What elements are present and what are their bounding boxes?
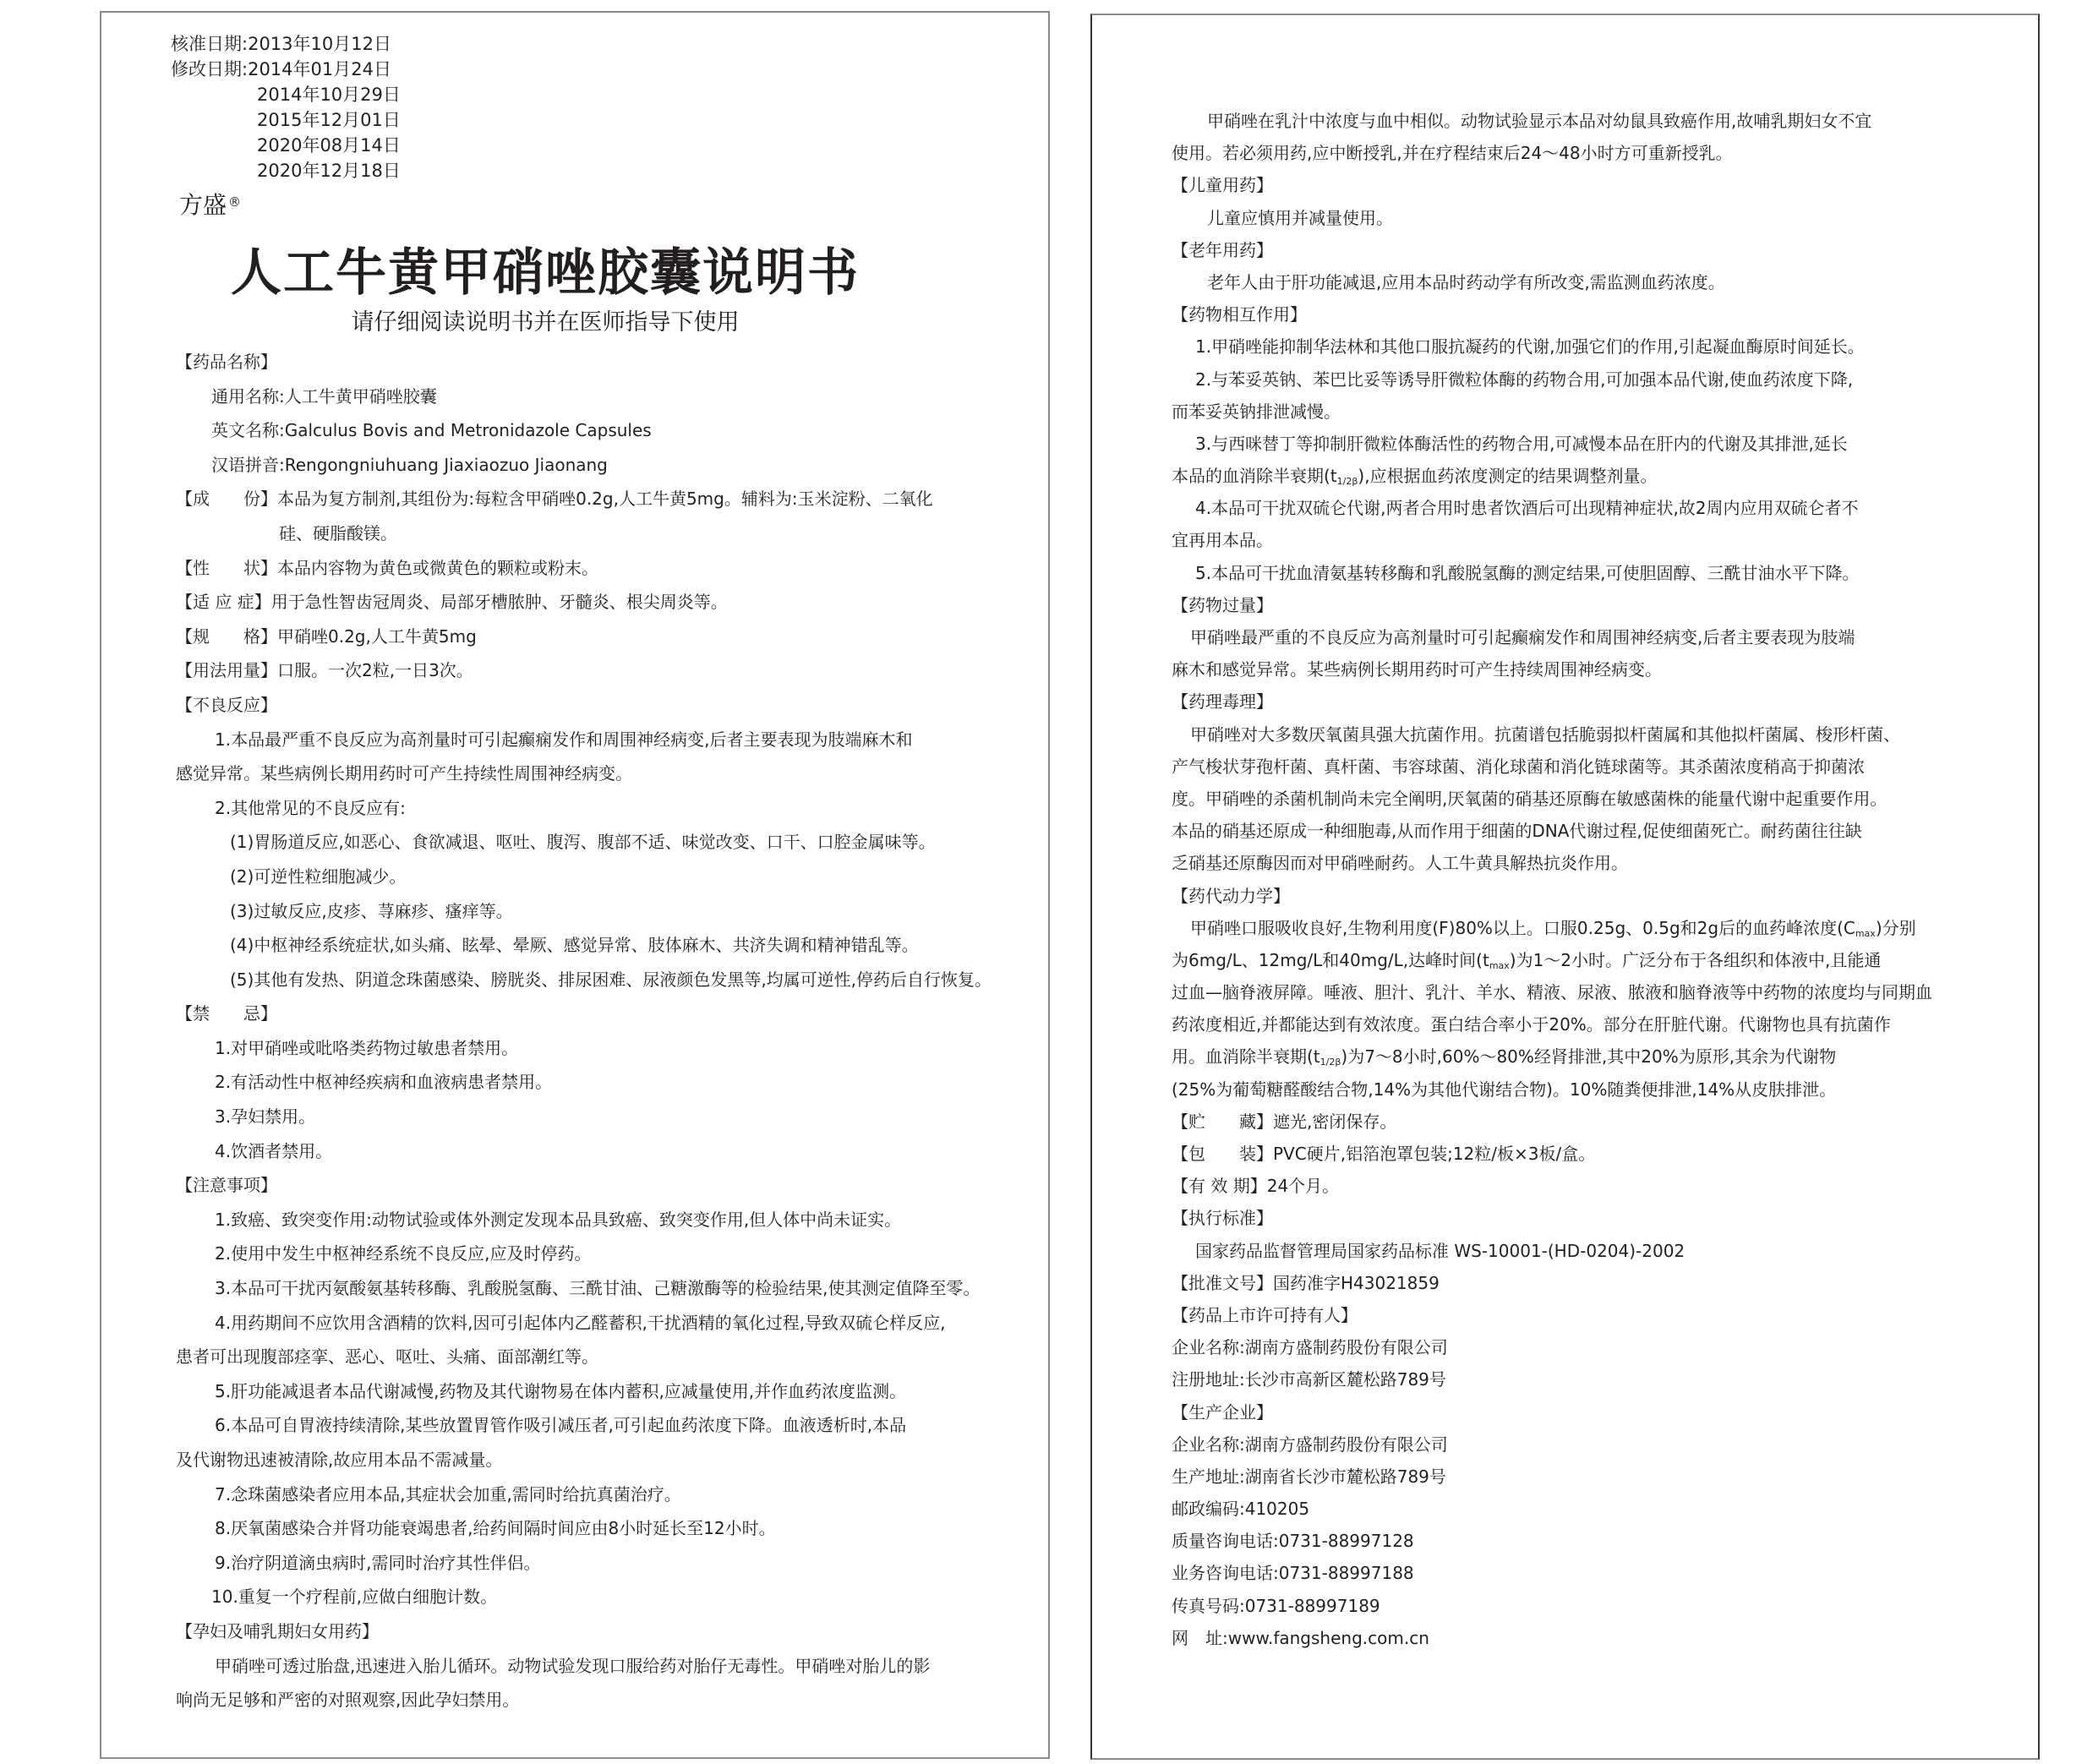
line-text: 过血—脑脊液屏障。唾液、胆汁、乳汁、羊水、精液、尿液、脓液和脑脊液等中药物的浓度… (1172, 982, 1932, 1002)
line-text: 4.用药期间不应饮用含酒精的饮料,因可引起体内乙醛蓄积,干扰酒精的氧化过程,导致… (215, 1313, 946, 1333)
line-text: 宜再用本品。 (1172, 530, 1273, 550)
section-heading: 【禁 忌】 (176, 997, 1030, 1031)
line-text: 【生产企业】 (1172, 1402, 1273, 1423)
line-text: 【批准文号】国药准字H43021859 (1172, 1273, 1440, 1293)
line-text: 汉语拼音:Rengongniuhuang Jiaxiaozuo Jiaonang (211, 455, 608, 475)
text-line: 使用。若必须用药,应中断授乳,并在疗程结束后24～48小时方可重新授乳。 (1172, 137, 2021, 169)
text-line: 英文名称:Galculus Bovis and Metronidazole Ca… (176, 413, 1030, 448)
line-text: 感觉异常。某些病例长期用药时可产生持续性周围神经病变。 (176, 763, 632, 784)
text-line: 2.其他常见的不良反应有: (176, 791, 1030, 826)
text-line: 5.本品可干扰血清氨基转移酶和乳酸脱氢酶的测定结果,可使胆固醇、三酰甘油水平下降… (1172, 557, 2021, 589)
section-heading: 【老年用药】 (1172, 234, 2021, 266)
revision-date-row: 2020年08月14日 (171, 133, 401, 158)
section-heading: 【成 份】本品为复方制剂,其组份为:每粒含甲硝唑0.2g,人工牛黄5mg。辅料为… (176, 482, 1030, 516)
line-text: 本品的硝基还原成一种细胞毒,从而作用于细菌的DNA代谢过程,促使细菌死亡。耐药菌… (1172, 821, 1862, 841)
line-text: 8.厌氧菌感染合并肾功能衰竭患者,给药间隔时间应由8小时延长至12小时。 (215, 1518, 776, 1538)
text-line: 5.肝功能减退者本品代谢减慢,药物及其代谢物易在体内蓄积,应减量使用,并作血药浓… (176, 1374, 1030, 1409)
text-line: 业务咨询电话:0731-88997188 (1172, 1557, 2021, 1589)
section-heading: 【批准文号】国药准字H43021859 (1172, 1267, 2021, 1299)
text-line: 本品的血消除半衰期(t1/2β),应根据血药浓度测定的结果调整剂量。 (1172, 460, 2021, 492)
line-text: 麻木和感觉异常。某些病例长期用药时可产生持续周围神经病变。 (1172, 659, 1662, 680)
text-line: (2)可逆性粒细胞减少。 (176, 860, 1030, 894)
revision-date: 2014年01月24日 (248, 59, 391, 79)
text-line: 甲硝唑最严重的不良反应为高剂量时可引起癫痫发作和周围神经病变,后者主要表现为肢端 (1172, 621, 2021, 653)
line-text: 业务咨询电话:0731-88997188 (1172, 1563, 1414, 1583)
text-line: 感觉异常。某些病例长期用药时可产生持续性周围神经病变。 (176, 756, 1030, 791)
section-heading: 【孕妇及哺乳期妇女用药】 (176, 1614, 1030, 1649)
line-text: 6.本品可自胃液持续清除,某些放置胃管作吸引减压者,可引起血药浓度下降。血液透析… (215, 1415, 906, 1435)
line-text: 国家药品监督管理局国家药品标准 WS-10001-(HD-0204)-2002 (1195, 1241, 1685, 1261)
line-text: 质量咨询电话:0731-88997128 (1172, 1531, 1414, 1551)
section-heading: 【药物相互作用】 (1172, 298, 2021, 330)
revision-date-row: 修改日期:2014年01月24日 (171, 57, 401, 82)
revision-date: 2015年12月01日 (257, 110, 401, 130)
line-text: 【包 装】PVC硬片,铝箔泡罩包装;12粒/板×3板/盒。 (1172, 1144, 1595, 1164)
line-text: 硅、硬脂酸镁。 (279, 523, 397, 543)
section-heading: 【用法用量】口服。一次2粒,一日3次。 (176, 653, 1030, 688)
line-text: 【儿童用药】 (1172, 175, 1273, 195)
text-line: 6.本品可自胃液持续清除,某些放置胃管作吸引减压者,可引起血药浓度下降。血液透析… (176, 1408, 1030, 1443)
line-text: (25%为葡萄糖醛酸结合物,14%为其他代谢结合物)。10%随粪便排泄,14%从… (1172, 1079, 1836, 1100)
line-text: 药浓度相近,并都能达到有效浓度。蛋白结合率小于20%。部分在肝脏代谢。代谢物也具… (1172, 1014, 1891, 1035)
text-line: 传真号码:0731-88997189 (1172, 1590, 2021, 1622)
text-line: 甲硝唑在乳汁中浓度与血中相似。动物试验显示本品对幼鼠具致癌作用,故哺乳期妇女不宜 (1172, 105, 2021, 137)
text-line: 4.饮酒者禁用。 (176, 1134, 1030, 1169)
line-text: 英文名称:Galculus Bovis and Metronidazole Ca… (211, 420, 652, 440)
subscript: max (1855, 928, 1876, 939)
approval-date-row: 核准日期:2013年10月12日 (171, 31, 401, 57)
text-line: (25%为葡萄糖醛酸结合物,14%为其他代谢结合物)。10%随粪便排泄,14%从… (1172, 1073, 2021, 1106)
line-text: 【禁 忌】 (176, 1003, 277, 1024)
text-line: 度。甲硝唑的杀菌机制尚未完全阐明,厌氧菌的硝基还原酶在敏感菌株的能量代谢中起重要… (1172, 783, 2021, 815)
subscript: 1/2β (1337, 476, 1358, 487)
line-text: 2.与苯妥英钠、苯巴比妥等诱导肝微粒体酶的药物合用,可加强本品代谢,使血药浓度下… (1195, 369, 1853, 390)
revision-date: 2014年10月29日 (257, 85, 401, 105)
text-line: 用。血消除半衰期(t1/2β)为7～8小时,60%～80%经肾排泄,其中20%为… (1172, 1040, 2021, 1073)
revision-date: 2020年08月14日 (257, 135, 401, 156)
line-text: 企业名称:湖南方盛制药股份有限公司 (1172, 1337, 1448, 1357)
line-text: 1.致癌、致突变作用:动物试验或体外测定发现本品具致癌、致突变作用,但人体中尚未… (215, 1210, 901, 1230)
section-heading: 【生产企业】 (1172, 1396, 2021, 1428)
line-text: 9.治疗阴道滴虫病时,需同时治疗其性伴侣。 (215, 1553, 540, 1573)
revision-date: 2020年12月18日 (257, 161, 401, 181)
section-heading: 【规 格】甲硝唑0.2g,人工牛黄5mg (176, 620, 1030, 654)
line-text: 【孕妇及哺乳期妇女用药】 (176, 1621, 379, 1641)
line-text: 乏硝基还原酶因而对甲硝唑耐药。人工牛黄具解热抗炎作用。 (1172, 853, 1628, 873)
line-text: 企业名称:湖南方盛制药股份有限公司 (1172, 1434, 1448, 1455)
text-line: 4.用药期间不应饮用含酒精的饮料,因可引起体内乙醛蓄积,干扰酒精的氧化过程,导致… (176, 1306, 1030, 1341)
line-text: 【药代动力学】 (1172, 886, 1290, 906)
text-line: 硅、硬脂酸镁。 (176, 516, 1030, 551)
line-text: )为1～2小时。广泛分布于各组织和体液中,且能通 (1510, 950, 1882, 970)
text-line: 乏硝基还原酶因而对甲硝唑耐药。人工牛黄具解热抗炎作用。 (1172, 847, 2021, 879)
line-text: 1.本品最严重不良反应为高剂量时可引起癫痫发作和周围神经病变,后者主要表现为肢端… (215, 729, 912, 750)
section-heading: 【不良反应】 (176, 688, 1030, 723)
line-text: (3)过敏反应,皮疹、荨麻疹、瘙痒等。 (230, 901, 513, 921)
line-text: 4.饮酒者禁用。 (215, 1141, 332, 1161)
text-line: 儿童应慎用并减量使用。 (1172, 202, 2021, 234)
text-line: (1)胃肠道反应,如恶心、食欲减退、呕吐、腹泻、腹部不适、味觉改变、口干、口腔金… (176, 825, 1030, 860)
text-line: 1.本品最严重不良反应为高剂量时可引起癫痫发作和周围神经病变,后者主要表现为肢端… (176, 723, 1030, 757)
section-heading: 【药代动力学】 (1172, 880, 2021, 912)
line-text: 2.有活动性中枢神经疾病和血液病患者禁用。 (215, 1072, 552, 1092)
line-text: 4.本品可干扰双硫仑代谢,两者合用时患者饮酒后可出现精神症状,故2周内应用双硫仑… (1195, 498, 1859, 518)
line-text: )为7～8小时,60%～80%经肾排泄,其中20%为原形,其余为代谢物 (1341, 1046, 1836, 1067)
line-text: 3.孕妇禁用。 (215, 1106, 315, 1127)
text-line: 宜再用本品。 (1172, 524, 2021, 556)
text-line: 企业名称:湖南方盛制药股份有限公司 (1172, 1428, 2021, 1461)
line-text: 而苯妥英钠排泄减慢。 (1172, 401, 1341, 422)
section-heading: 【药理毒理】 (1172, 685, 2021, 718)
approval-date: 2013年10月12日 (248, 34, 391, 54)
text-line: 2.使用中发生中枢神经系统不良反应,应及时停药。 (176, 1237, 1030, 1271)
section-heading: 【儿童用药】 (1172, 169, 2021, 201)
text-line: 1.甲硝唑能抑制华法林和其他口服抗凝药的代谢,加强它们的作用,引起凝血酶原时间延… (1172, 330, 2021, 363)
revision-date-label: 修改日期: (171, 59, 248, 79)
text-line: 10.重复一个疗程前,应做白细胞计数。 (176, 1580, 1030, 1614)
text-line: (5)其他有发热、阴道念珠菌感染、膀胱炎、排尿困难、尿液颜色发黑等,均属可逆性,… (176, 963, 1030, 997)
line-text: 【注意事项】 (176, 1175, 277, 1195)
text-line: 老年人由于肝功能减退,应用本品时药动学有所改变,需监测血药浓度。 (1172, 266, 2021, 298)
subscript: 1/2β (1320, 1057, 1341, 1068)
line-text: 用。血消除半衰期(t (1172, 1046, 1320, 1067)
line-text: 【规 格】甲硝唑0.2g,人工牛黄5mg (176, 626, 477, 647)
line-text: 【适 应 症】用于急性智齿冠周炎、局部牙槽脓肿、牙髓炎、根尖周炎等。 (176, 592, 728, 612)
line-text: (5)其他有发热、阴道念珠菌感染、膀胱炎、排尿困难、尿液颜色发黑等,均属可逆性,… (230, 969, 992, 990)
line-text: 本品的血消除半衰期(t (1172, 466, 1337, 486)
line-text: 2.使用中发生中枢神经系统不良反应,应及时停药。 (215, 1243, 591, 1264)
revision-date-row: 2020年12月18日 (171, 158, 401, 183)
text-line: 及代谢物迅速被清除,故应用本品不需减量。 (176, 1443, 1030, 1477)
line-text: 儿童应慎用并减量使用。 (1207, 208, 1393, 228)
right-page: 甲硝唑在乳汁中浓度与血中相似。动物试验显示本品对幼鼠具致癌作用,故哺乳期妇女不宜… (1090, 14, 2040, 1760)
line-text: 【不良反应】 (176, 695, 277, 715)
text-line: (3)过敏反应,皮疹、荨麻疹、瘙痒等。 (176, 894, 1030, 929)
text-line: 通用名称:人工牛黄甲硝唑胶囊 (176, 380, 1030, 414)
line-text: 邮政编码:410205 (1172, 1499, 1309, 1519)
text-line: 3.本品可干扰丙氨酸氨基转移酶、乳酸脱氢酶、三酰甘油、己糖激酶等的检验结果,使其… (176, 1271, 1030, 1306)
text-line: 企业名称:湖南方盛制药股份有限公司 (1172, 1331, 2021, 1363)
text-line: 产气梭状芽孢杆菌、真杆菌、韦容球菌、消化球菌和消化链球菌等。其杀菌浓度稍高于抑菌… (1172, 751, 2021, 783)
section-heading: 【贮 藏】遮光,密闭保存。 (1172, 1106, 2021, 1138)
line-text: 为6mg/L、12mg/L和40mg/L,达峰时间(t (1172, 950, 1489, 970)
line-text: 【药物过量】 (1172, 595, 1273, 615)
line-text: 甲硝唑在乳汁中浓度与血中相似。动物试验显示本品对幼鼠具致癌作用,故哺乳期妇女不宜 (1207, 111, 1871, 131)
text-line: 为6mg/L、12mg/L和40mg/L,达峰时间(tmax)为1～2小时。广泛… (1172, 944, 2021, 976)
text-line: 甲硝唑可透过胎盘,迅速进入胎儿循环。动物试验发现口服给药对胎仔无毒性。甲硝唑对胎… (176, 1649, 1030, 1684)
line-text: 【执行标准】 (1172, 1208, 1273, 1228)
subscript: max (1489, 960, 1510, 971)
text-line: 8.厌氧菌感染合并肾功能衰竭患者,给药间隔时间应由8小时延长至12小时。 (176, 1511, 1030, 1546)
text-line: 网 址:www.fangsheng.com.cn (1172, 1622, 2021, 1654)
line-text: ),应根据血药浓度测定的结果调整剂量。 (1358, 466, 1657, 486)
text-line: 注册地址:长沙市高新区麓松路789号 (1172, 1363, 2021, 1395)
section-heading: 【注意事项】 (176, 1168, 1030, 1203)
text-line: 1.对甲硝唑或吡咯类药物过敏患者禁用。 (176, 1031, 1030, 1066)
left-body-text: 【药品名称】通用名称:人工牛黄甲硝唑胶囊英文名称:Galculus Bovis … (176, 345, 1030, 1718)
text-line: 甲硝唑口服吸收良好,生物利用度(F)80%以上。口服0.25g、0.5g和2g后… (1172, 912, 2021, 944)
line-text: 【药品名称】 (176, 352, 277, 372)
line-text: 产气梭状芽孢杆菌、真杆菌、韦容球菌、消化球菌和消化链球菌等。其杀菌浓度稍高于抑菌… (1172, 756, 1865, 777)
line-text: 10.重复一个疗程前,应做白细胞计数。 (211, 1587, 497, 1607)
line-text: 响尚无足够和严密的对照观察,因此孕妇禁用。 (176, 1690, 519, 1710)
line-text: 2.其他常见的不良反应有: (215, 798, 406, 818)
brand-name: 方盛 (179, 191, 227, 219)
text-line: 麻木和感觉异常。某些病例长期用药时可产生持续周围神经病变。 (1172, 653, 2021, 685)
text-line: 汉语拼音:Rengongniuhuang Jiaxiaozuo Jiaonang (176, 448, 1030, 483)
line-text: 患者可出现腹部痉挛、恶心、呕吐、头痛、面部潮红等。 (176, 1346, 598, 1367)
line-text: (1)胃肠道反应,如恶心、食欲减退、呕吐、腹泻、腹部不适、味觉改变、口干、口腔金… (230, 832, 936, 852)
line-text: 甲硝唑最严重的不良反应为高剂量时可引起癫痫发作和周围神经病变,后者主要表现为肢端 (1190, 627, 1855, 647)
text-line: 7.念珠菌感染者应用本品,其症状会加重,需同时给抗真菌治疗。 (176, 1477, 1030, 1512)
line-text: 【性 状】本品内容物为黄色或微黄色的颗粒或粉末。 (176, 558, 598, 578)
line-text: 度。甲硝唑的杀菌机制尚未完全阐明,厌氧菌的硝基还原酶在敏感菌株的能量代谢中起重要… (1172, 789, 1887, 809)
line-text: 网 址:www.fangsheng.com.cn (1172, 1628, 1429, 1648)
section-heading: 【药物过量】 (1172, 589, 2021, 621)
text-line: 2.有活动性中枢神经疾病和血液病患者禁用。 (176, 1065, 1030, 1100)
line-text: 【有 效 期】24个月。 (1172, 1176, 1339, 1196)
section-heading: 【包 装】PVC硬片,铝箔泡罩包装;12粒/板×3板/盒。 (1172, 1138, 2021, 1170)
right-body-text: 甲硝唑在乳汁中浓度与血中相似。动物试验显示本品对幼鼠具致癌作用,故哺乳期妇女不宜… (1172, 105, 2021, 1654)
line-text: 传真号码:0731-88997189 (1172, 1596, 1380, 1616)
line-text: 5.肝功能减退者本品代谢减慢,药物及其代谢物易在体内蓄积,应减量使用,并作血药浓… (215, 1381, 906, 1401)
section-heading: 【药品名称】 (176, 345, 1030, 380)
text-line: 响尚无足够和严密的对照观察,因此孕妇禁用。 (176, 1683, 1030, 1718)
line-text: )分别 (1876, 918, 1916, 938)
text-line: 患者可出现腹部痉挛、恶心、呕吐、头痛、面部潮红等。 (176, 1340, 1030, 1374)
text-line: 2.与苯妥英钠、苯巴比妥等诱导肝微粒体酶的药物合用,可加强本品代谢,使血药浓度下… (1172, 363, 2021, 396)
text-line: 药浓度相近,并都能达到有效浓度。蛋白结合率小于20%。部分在肝脏代谢。代谢物也具… (1172, 1008, 2021, 1040)
left-page: 核准日期:2013年10月12日 修改日期:2014年01月24日 2014年1… (100, 11, 1050, 1759)
section-heading: 【执行标准】 (1172, 1202, 2021, 1234)
line-text: 【贮 藏】遮光,密闭保存。 (1172, 1111, 1396, 1132)
line-text: 【药理毒理】 (1172, 691, 1273, 712)
text-line: 邮政编码:410205 (1172, 1493, 2021, 1525)
date-block: 核准日期:2013年10月12日 修改日期:2014年01月24日 2014年1… (171, 31, 401, 183)
line-text: 甲硝唑对大多数厌氧菌具强大抗菌作用。抗菌谱包括脆弱拟杆菌属和其他拟杆菌属、梭形杆… (1190, 724, 1900, 745)
line-text: 5.本品可干扰血清氨基转移酶和乳酸脱氢酶的测定结果,可使胆固醇、三酰甘油水平下降… (1195, 563, 1859, 583)
approval-date-label: 核准日期: (171, 34, 248, 54)
document-title: 人工牛黄甲硝唑胶囊说明书 (101, 239, 1048, 307)
line-text: 生产地址:湖南省长沙市麓松路789号 (1172, 1466, 1446, 1487)
line-text: (4)中枢神经系统症状,如头痛、眩晕、晕厥、感觉异常、肢体麻木、共济失调和精神错… (230, 935, 919, 955)
section-heading: 【性 状】本品内容物为黄色或微黄色的颗粒或粉末。 (176, 551, 1030, 586)
line-text: 注册地址:长沙市高新区麓松路789号 (1172, 1369, 1446, 1390)
line-text: 7.念珠菌感染者应用本品,其症状会加重,需同时给抗真菌治疗。 (215, 1484, 681, 1505)
text-line: 1.致癌、致突变作用:动物试验或体外测定发现本品具致癌、致突变作用,但人体中尚未… (176, 1203, 1030, 1237)
text-line: 质量咨询电话:0731-88997128 (1172, 1525, 2021, 1557)
text-line: 而苯妥英钠排泄减慢。 (1172, 396, 2021, 428)
revision-date-row: 2015年12月01日 (171, 107, 401, 133)
text-line: 本品的硝基还原成一种细胞毒,从而作用于细菌的DNA代谢过程,促使细菌死亡。耐药菌… (1172, 815, 2021, 847)
line-text: 1.甲硝唑能抑制华法林和其他口服抗凝药的代谢,加强它们的作用,引起凝血酶原时间延… (1195, 336, 1865, 357)
brand-logo: 方盛® (179, 188, 241, 222)
line-text: 1.对甲硝唑或吡咯类药物过敏患者禁用。 (215, 1038, 518, 1058)
text-line: 3.与西咪替丁等抑制肝微粒体酶活性的药物合用,可减慢本品在肝内的代谢及其排泄,延… (1172, 428, 2021, 460)
text-line: 9.治疗阴道滴虫病时,需同时治疗其性伴侣。 (176, 1546, 1030, 1581)
line-text: 甲硝唑可透过胎盘,迅速进入胎儿循环。动物试验发现口服给药对胎仔无毒性。甲硝唑对胎… (215, 1656, 930, 1676)
line-text: 3.本品可干扰丙氨酸氨基转移酶、乳酸脱氢酶、三酰甘油、己糖激酶等的检验结果,使其… (215, 1278, 980, 1298)
text-line: (4)中枢神经系统症状,如头痛、眩晕、晕厥、感觉异常、肢体麻木、共济失调和精神错… (176, 928, 1030, 963)
line-text: 使用。若必须用药,应中断授乳,并在疗程结束后24～48小时方可重新授乳。 (1172, 143, 1733, 163)
text-line: 4.本品可干扰双硫仑代谢,两者合用时患者饮酒后可出现精神症状,故2周内应用双硫仑… (1172, 492, 2021, 524)
line-text: 通用名称:人工牛黄甲硝唑胶囊 (211, 386, 437, 407)
line-text: 【药品上市许可持有人】 (1172, 1305, 1358, 1325)
line-text: 【用法用量】口服。一次2粒,一日3次。 (176, 660, 473, 680)
registered-mark-icon: ® (228, 194, 241, 210)
line-text: 老年人由于肝功能减退,应用本品时药动学有所改变,需监测血药浓度。 (1207, 272, 1725, 292)
line-text: (2)可逆性粒细胞减少。 (230, 866, 406, 887)
document-subtitle: 请仔细阅读说明书并在医师指导下使用 (101, 306, 1048, 340)
line-text: 【老年用药】 (1172, 240, 1273, 260)
section-heading: 【适 应 症】用于急性智齿冠周炎、局部牙槽脓肿、牙髓炎、根尖周炎等。 (176, 585, 1030, 620)
line-text: 【成 份】本品为复方制剂,其组份为:每粒含甲硝唑0.2g,人工牛黄5mg。辅料为… (176, 489, 933, 509)
section-heading: 【药品上市许可持有人】 (1172, 1299, 2021, 1331)
line-text: 【药物相互作用】 (1172, 304, 1307, 325)
text-line: 生产地址:湖南省长沙市麓松路789号 (1172, 1461, 2021, 1493)
line-text: 及代谢物迅速被清除,故应用本品不需减量。 (176, 1450, 502, 1470)
text-line: 过血—脑脊液屏障。唾液、胆汁、乳汁、羊水、精液、尿液、脓液和脑脊液等中药物的浓度… (1172, 976, 2021, 1008)
revision-date-row: 2014年10月29日 (171, 82, 401, 107)
text-line: 甲硝唑对大多数厌氧菌具强大抗菌作用。抗菌谱包括脆弱拟杆菌属和其他拟杆菌属、梭形杆… (1172, 718, 2021, 751)
line-text: 3.与西咪替丁等抑制肝微粒体酶活性的药物合用,可减慢本品在肝内的代谢及其排泄,延… (1195, 434, 1848, 454)
text-line: 3.孕妇禁用。 (176, 1100, 1030, 1134)
section-heading: 【有 效 期】24个月。 (1172, 1170, 2021, 1202)
text-line: 国家药品监督管理局国家药品标准 WS-10001-(HD-0204)-2002 (1172, 1235, 2021, 1267)
line-text: 甲硝唑口服吸收良好,生物利用度(F)80%以上。口服0.25g、0.5g和2g后… (1190, 918, 1855, 938)
